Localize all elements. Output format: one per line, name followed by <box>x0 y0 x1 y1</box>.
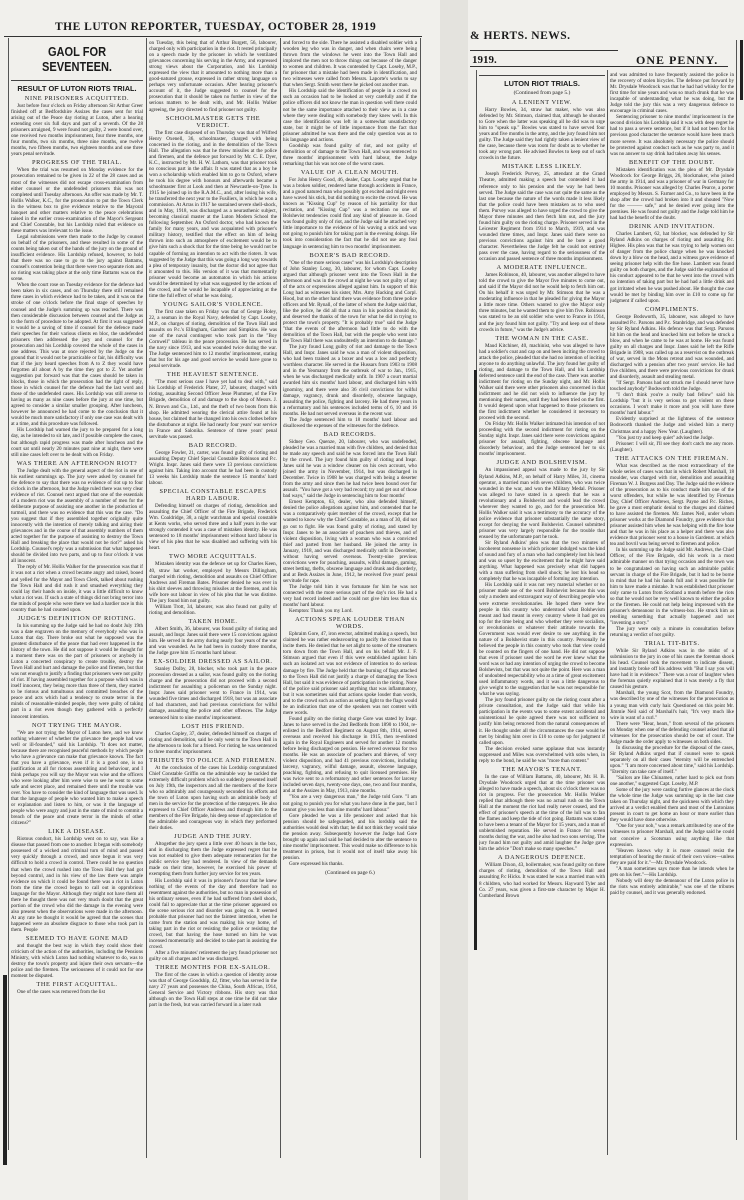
paragraph: "One of the more serious cases" was his … <box>283 260 417 345</box>
paragraph: Kempton: Thank you my Lord. <box>283 608 417 614</box>
paragraph: The first of the cases in which a questi… <box>149 972 277 1008</box>
section-heading: PROGRESS OF THE TRIAL. <box>11 159 143 166</box>
paragraph: The first case taken on Friday was that … <box>149 309 277 369</box>
section-heading: BENEFIT OF THE DOUBT. <box>610 159 734 166</box>
column-rule <box>146 38 147 1158</box>
paragraph: For John Henry Good, 46, dealer, Capt. L… <box>283 177 417 250</box>
paragraph: Just before four o'clock on Friday after… <box>11 103 143 157</box>
column-2: on Tuesday, this being that of Arthur Bu… <box>149 40 277 1170</box>
section-heading: THE FIRST ACQUITTAL. <box>11 981 143 988</box>
paragraph: Maud Kitchiner, 40, machinist, who was a… <box>479 343 605 422</box>
section-heading: TAKEN HOME. <box>149 618 277 625</box>
section-heading: EX-SOLDIER DRESSED AS SAILOR. <box>149 658 277 665</box>
paragraph: "We are not trying the Mayor of Luton he… <box>11 730 143 827</box>
section-heading: THE HEAVIEST SENTENCE. <box>149 371 277 378</box>
section-heading: TRIAL TIT-BITS. <box>610 640 734 647</box>
paragraph: George Fowler, 21, carter, was found gui… <box>149 450 277 486</box>
paragraph: Albert Smith, 36, labourer, was found gu… <box>149 626 277 656</box>
column-1: GAOL FOR SEVENTEEN.RESULT OF LUTON RIOTS… <box>11 40 143 1170</box>
paragraph: The jury found Long guilty of riot and d… <box>283 344 417 417</box>
paragraph: and forced to the side. There he assiste… <box>283 40 417 88</box>
paragraph: In his summing up the Judge said Mr. And… <box>610 547 734 626</box>
paragraph: Goodship was found guilty of riot, and n… <box>283 143 417 167</box>
section-heading: VALUE OF A CLEAN MOUTH. <box>283 169 417 176</box>
section-heading: LOST HIS FRIEND. <box>149 723 277 730</box>
paragraph: Evidently surprised at the lightness of … <box>610 416 734 434</box>
section-heading: TRIBUTES TO POLICE AND FIREMEN. <box>149 757 277 764</box>
section-heading: TWO MORE ACQUITTALS. <box>149 553 277 560</box>
paragraph: One of the cases was removed from the li… <box>11 989 143 995</box>
masthead-right: & HERTS. NEWS. <box>470 30 571 42</box>
paragraph: The jury found prisoner guilty on the ri… <box>479 697 605 745</box>
paragraph: Prisoner: I will sir, I'll see they don'… <box>610 441 734 453</box>
headline: GAOL FOR SEVENTEEN. <box>21 44 133 74</box>
section-heading: MISTAKE LESS LIKELY. <box>479 163 605 170</box>
paragraph: Harry Bowles, 34, straw hat maker, who w… <box>479 107 605 161</box>
edge-bar <box>3 975 7 1165</box>
paragraph: In discussing the procedure for the disp… <box>610 745 734 775</box>
paragraph: "I don't think you're a really bad fello… <box>610 392 734 416</box>
paragraph: Gore pleaded he was a life pensioner and… <box>283 813 417 861</box>
continuation-note: (Continued from page 5.) <box>479 90 605 97</box>
section-heading: A MODERATE INFLUENCE. <box>479 264 605 271</box>
paragraph: After a five minutes' retirement the jur… <box>149 950 277 962</box>
header-rule-left <box>4 36 422 37</box>
paragraph: At the conclusion of the cases his Lords… <box>149 765 277 832</box>
section-heading: ACTIONS SPEAK LOUDER THAN WORDS. <box>283 616 417 630</box>
paragraph: Some of the jury were casting furtive gl… <box>610 787 734 823</box>
edge-bar <box>474 370 477 950</box>
paragraph: Marshall, the young Scot, from the Diamo… <box>610 690 734 720</box>
paragraph: Mistaken identity was the defence set up… <box>149 561 277 603</box>
paragraph: and thought the best way in which they c… <box>11 943 143 979</box>
paragraph: Legal submissions were then made to the … <box>11 234 143 282</box>
paragraph: "If Sergt. Parsons had not struck me I s… <box>610 380 734 392</box>
paragraph: His Lordship said it was not very materi… <box>479 582 605 697</box>
subheadline: LUTON RIOT TRIALS. <box>479 75 605 88</box>
paragraph: Sentencing prisoner to nine months' impr… <box>610 114 734 156</box>
paragraph: George Bodsworth, 35, labourer, was alle… <box>610 314 734 381</box>
paragraph: When the court rose on Tuesday evidence … <box>11 282 143 427</box>
section-heading: NOT TRYING THE MAYOR. <box>11 722 143 729</box>
continuation-note: (Continued on page 6.) <box>283 870 417 876</box>
section-heading: BAD RECORD. <box>149 442 277 449</box>
paragraph: Riotous conduct, his Lordship went on to… <box>11 836 143 933</box>
paragraph: Nobody will deny the demeanour of the Lu… <box>610 878 734 896</box>
paragraph: Charles Lambert, 62, hat blocker, was de… <box>610 231 734 304</box>
paragraph: The reply of Mr. Hollis Walker for the p… <box>11 564 143 612</box>
header-rule-right <box>470 50 618 51</box>
column-3: and forced to the side. There he assiste… <box>283 40 417 1170</box>
section-heading: BOXER'S BAD RECORD. <box>283 252 417 259</box>
column-5: and was admitted to have frequently assi… <box>610 72 734 1172</box>
section-heading: A LENIENT VIEW. <box>479 99 605 106</box>
section-heading: SEEMED TO HAVE GONE MAD <box>11 935 143 942</box>
section-heading: DRINK AND INVITATION. <box>610 223 734 230</box>
section-heading: THREE MONTHS FOR EX-SAILOR. <box>149 964 277 971</box>
page-gutter <box>440 0 468 1200</box>
section-heading: JUDGE AND THE JURY. <box>149 833 277 840</box>
section-heading: SPECIAL CONSTABLE ESCAPES HARD LABOUR. <box>149 488 277 502</box>
column-rule <box>8 38 9 1150</box>
paragraph: There were "Hear, hears," from several o… <box>610 721 734 745</box>
paragraph: Found guilty on the rioting charge Gore … <box>283 716 417 795</box>
paragraph: "The most serious case I have yet had to… <box>149 379 277 439</box>
section-heading: LIKE A DISEASE. <box>11 828 143 835</box>
paragraph: Defending himself on charges of rioting,… <box>149 503 277 551</box>
paragraph: The Judge dealt with the general aspect … <box>11 468 143 565</box>
paragraph: Joseph Frederick Purvey, 25, attendant a… <box>479 171 605 262</box>
paragraph: The jury were only a minute in consultat… <box>610 626 734 638</box>
paragraph: and was admitted to have frequently assi… <box>610 72 734 114</box>
paragraph: "Sailors are like Chinamen, rather hard … <box>610 775 734 787</box>
paragraph: Charles Copley, 37, dealer, defended him… <box>149 731 277 755</box>
section-heading: A DANGEROUS DEFENCE. <box>479 854 605 861</box>
paragraph: Sidney Geo. Quenze, 20, labourer, who wa… <box>283 439 417 499</box>
section-heading: THE ATTACKS ON THE FIREMAN. <box>610 455 734 462</box>
paragraph: Ernest Kempton, 63, dealer, who also def… <box>283 499 417 584</box>
paragraph: William Dixon, 43, boilermaker, was foun… <box>479 862 605 898</box>
column-rule <box>736 40 737 1140</box>
edge-bar <box>740 40 743 100</box>
paragraph: "Heaven knows why it is more counsel res… <box>610 848 734 866</box>
paragraph: In his summing up the Judge said he had … <box>11 623 143 720</box>
masthead-year: 1919. <box>472 54 497 66</box>
paragraph: His Lordship had warned the jury to be p… <box>11 427 143 457</box>
section-heading: THE WOMAN IN THE CASE. <box>479 335 605 342</box>
section-heading: SCHOOLMASTER GETS THE VERDICT. <box>149 115 277 129</box>
paragraph: Sir Ryland Adkins' plea was that the two… <box>479 540 605 582</box>
masthead-left: THE LUTON REPORTER, TUESDAY, OCTOBER 28,… <box>55 21 376 33</box>
section-heading: YOUNG SAILOR'S VIOLENCE. <box>149 301 277 308</box>
paragraph: Stanley Dolby, 28, blocker, who took par… <box>149 666 277 720</box>
paragraph: Altogether the jury spent a little over … <box>149 841 277 877</box>
paragraph: What was described as the most extraordi… <box>610 463 734 548</box>
column-rule <box>280 38 281 1158</box>
paragraph: The Judge told him it was fortunate for … <box>283 584 417 608</box>
section-heading: COMPLIMENTS. <box>610 306 734 313</box>
column-rule <box>420 38 421 1158</box>
paragraph: The decision evoked some applause that w… <box>479 746 605 764</box>
paragraph: While Sir Ryland Adkins was in the midst… <box>610 648 734 690</box>
column-4: LUTON RIOT TRIALS.(Continued from page 5… <box>479 72 605 957</box>
paragraph: The first case disposed of on Thursday w… <box>149 130 277 299</box>
paragraph: "One for your nob," was a remark attribu… <box>610 823 734 847</box>
section-heading: THE MAYOR'S TENANT. <box>479 766 605 773</box>
section-heading: JUDGE'S DEFINITION OF RIOTING. <box>11 615 143 622</box>
paragraph: An impassioned appeal was made to the ju… <box>479 467 605 540</box>
paragraph: Ephraim Gore, 47, iron erector, admitted… <box>283 631 417 716</box>
paragraph: Mistaken identification was the plea of … <box>610 167 734 221</box>
subheadline: RESULT OF LUTON RIOTS TRIAL. <box>11 80 143 93</box>
paragraph: His Lordship said it was in prisoner's f… <box>149 878 277 951</box>
column-rule <box>607 70 608 1155</box>
paragraph: Gore expressed his thanks. <box>283 861 417 867</box>
section-heading: WAS THERE AN AFTERNOON RIOT? <box>11 460 143 467</box>
paragraph: "You are a very dangerous man," the Judg… <box>283 794 417 812</box>
section-heading: JUDGE AND BOLSHEVISM. <box>479 459 605 466</box>
paragraph: His Lordship said the identification of … <box>283 88 417 142</box>
paragraph: James Robinson, 40, labourer, was anothe… <box>479 272 605 332</box>
header-rule-right-lower <box>470 66 728 67</box>
paragraph: William Trott, 34, labourer, was also fo… <box>149 604 277 616</box>
paragraph: The Judge sentenced him to 18 months' ha… <box>283 417 417 429</box>
section-heading: BAD RECORDS. <box>283 431 417 438</box>
paragraph: on Tuesday, this being that of Arthur Bu… <box>149 40 277 113</box>
paragraph: When the trial was resumed on Monday evi… <box>11 167 143 234</box>
paragraph: "A man sometimes says more than he inten… <box>610 866 734 878</box>
paragraph: In the case of William Battams, 40, labo… <box>479 774 605 853</box>
section-heading: NINE PRISONERS ACQUITTED. <box>11 95 143 102</box>
paragraph: On Friday Mr. Hollis Walker intimated hi… <box>479 421 605 457</box>
